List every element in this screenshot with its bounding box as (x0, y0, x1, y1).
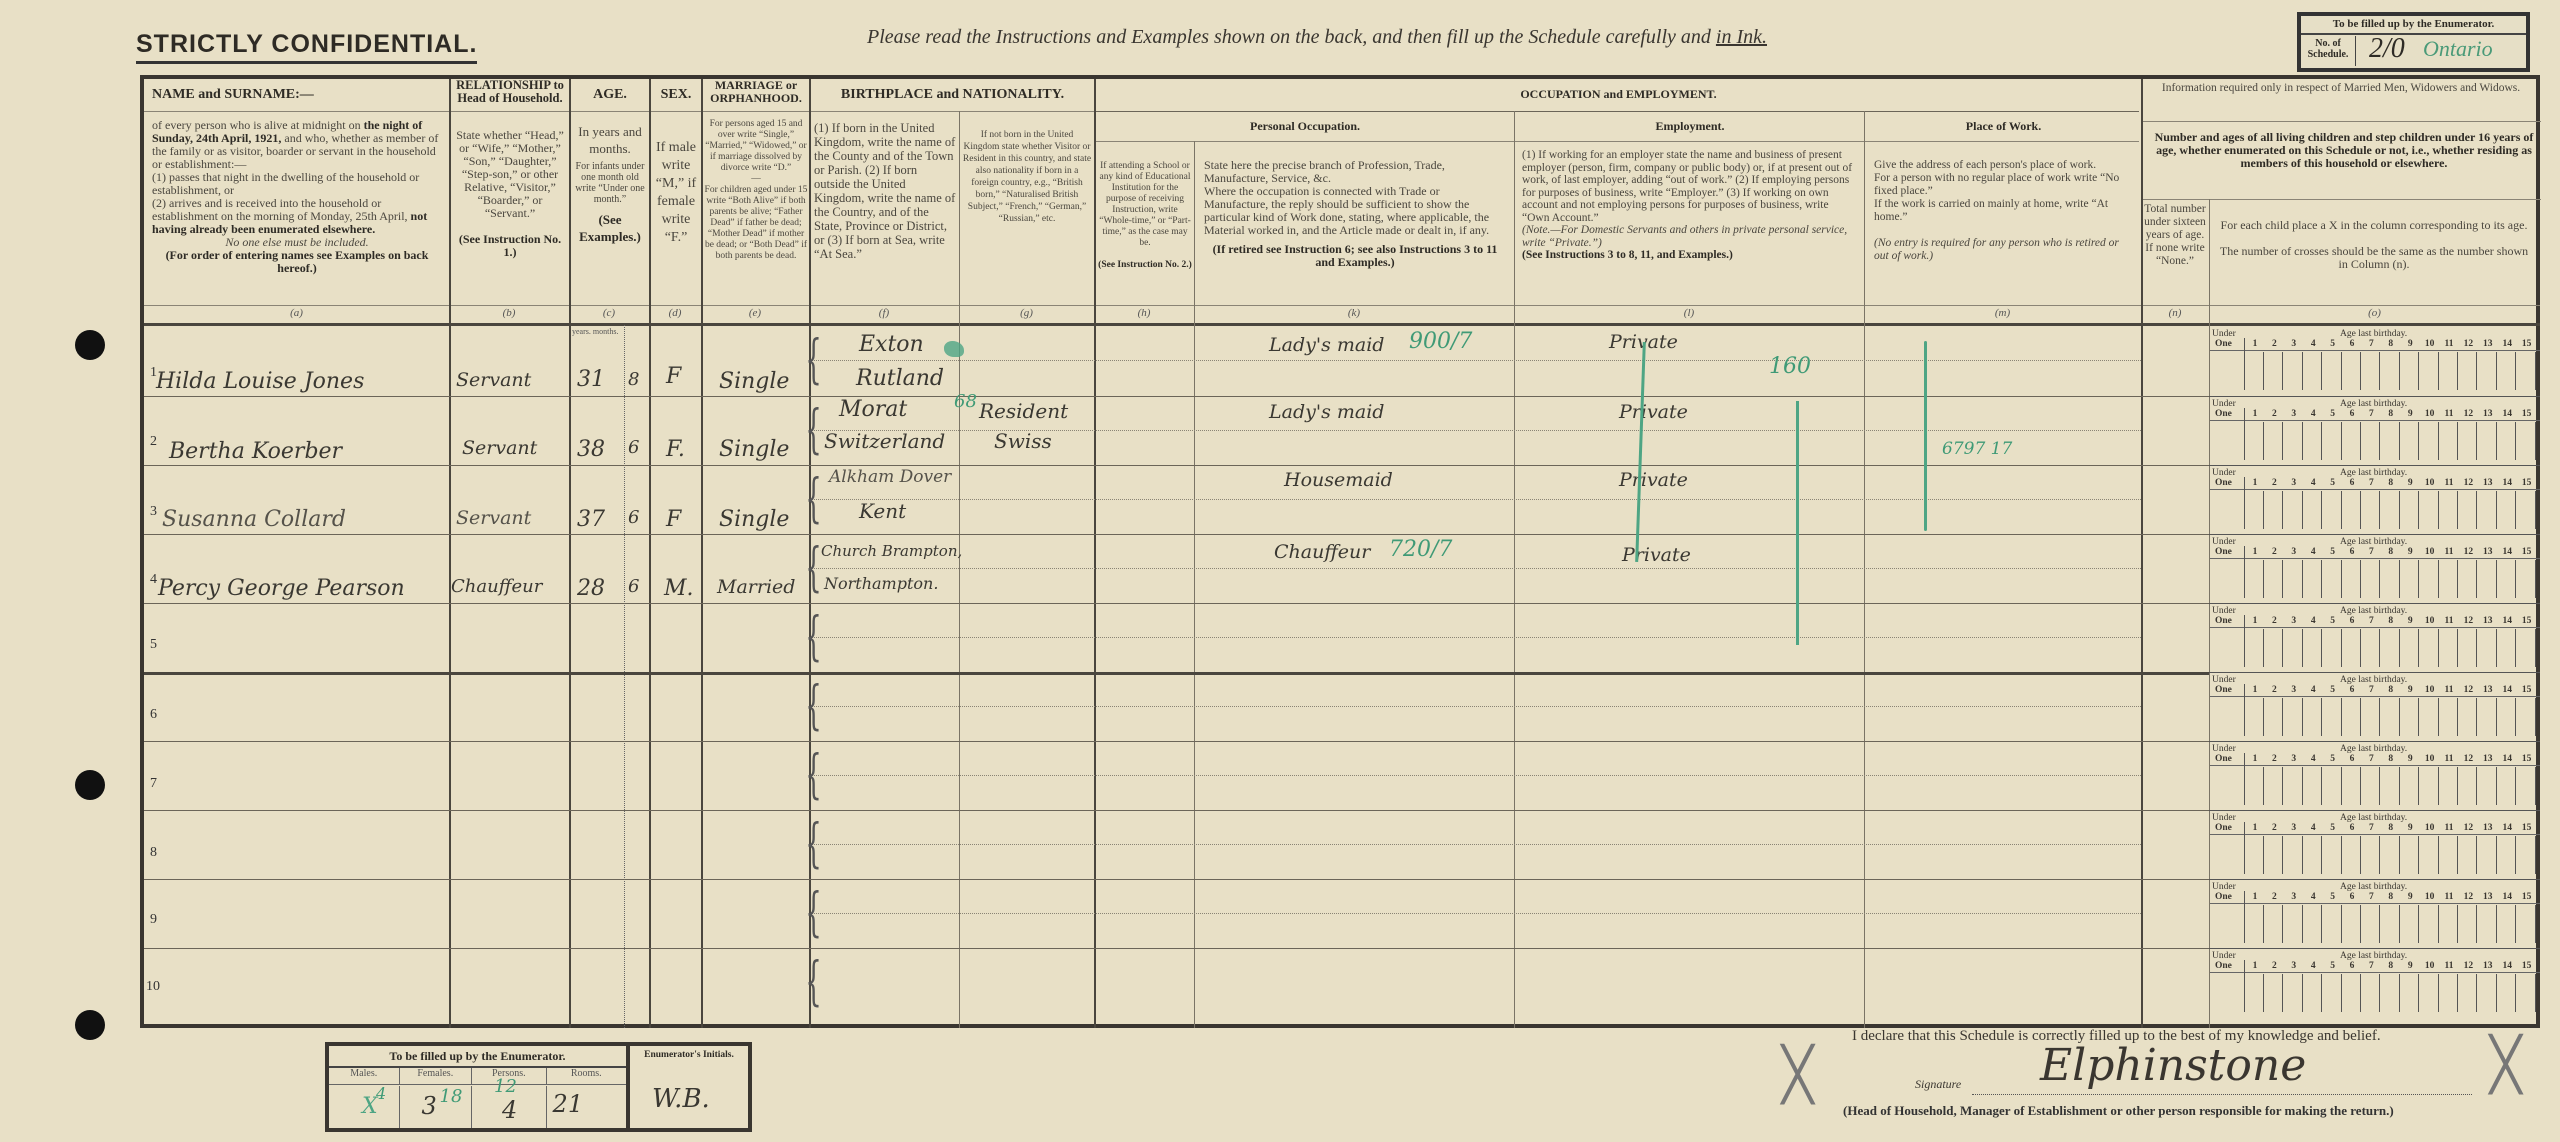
age-cell[interactable] (2458, 422, 2477, 460)
age-cell[interactable] (2381, 767, 2400, 805)
age-cell[interactable] (2400, 491, 2419, 529)
age-cell[interactable] (2284, 491, 2303, 529)
cell-relationship[interactable]: Servant (456, 369, 531, 391)
age-cell[interactable] (2264, 629, 2283, 667)
age-cell[interactable] (2420, 422, 2439, 460)
age-cell[interactable] (2420, 974, 2439, 1012)
age-cell[interactable] (2497, 560, 2516, 598)
cell-marriage[interactable]: Single (719, 507, 789, 532)
cell-age-months[interactable]: 6 (628, 507, 639, 528)
cell-occupation[interactable]: Lady's maid (1269, 334, 1384, 356)
age-column-label: 12 (2460, 409, 2476, 419)
cell-relationship[interactable]: Servant (462, 437, 537, 459)
header-employment-instructions: (1) If working for an employer state the… (1522, 149, 1858, 262)
child-age-grid: UnderAge last birthday.One12345678910111… (2210, 398, 2540, 464)
age-cell[interactable] (2342, 422, 2361, 460)
age-column-label: 6 (2344, 754, 2360, 764)
age-cell[interactable] (2381, 629, 2400, 667)
age-cell[interactable] (2458, 491, 2477, 529)
age-cell[interactable] (2458, 560, 2477, 598)
age-column-label: 1 (2247, 616, 2263, 626)
age-cell[interactable] (2342, 974, 2361, 1012)
age-cell[interactable] (2361, 422, 2380, 460)
age-column-label: 6 (2344, 892, 2360, 902)
age-column-label: 6 (2344, 685, 2360, 695)
age-cell[interactable] (2284, 767, 2303, 805)
age-cell[interactable] (2361, 836, 2380, 874)
header-occupation-employment: OCCUPATION and EMPLOYMENT. (1096, 87, 2141, 102)
cell-employment[interactable]: Private (1619, 401, 1688, 423)
age-cell[interactable] (2323, 698, 2342, 736)
cell-age-years[interactable]: 28 (577, 576, 605, 601)
age-cell[interactable] (2400, 560, 2419, 598)
age-cell[interactable] (2264, 905, 2283, 943)
age-cell[interactable] (2381, 560, 2400, 598)
age-column-label: 6 (2344, 409, 2360, 419)
age-cell[interactable] (2284, 629, 2303, 667)
age-cell[interactable] (2381, 905, 2400, 943)
cell-age-months[interactable]: 8 (628, 369, 639, 390)
age-column-label: 8 (2383, 754, 2399, 764)
cell-nationality[interactable]: Swiss (994, 429, 1052, 453)
age-cell[interactable] (2323, 905, 2342, 943)
age-caption: Age last birthday. (2340, 399, 2407, 409)
age-column-label: 5 (2325, 685, 2341, 695)
age-cell[interactable] (2439, 767, 2458, 805)
age-caption: Age last birthday. (2340, 606, 2407, 616)
place-of-work-code: 6797 17 (1942, 439, 2012, 459)
cell-sex[interactable]: M. (664, 576, 694, 601)
age-cell[interactable] (2439, 560, 2458, 598)
age-cell[interactable] (2284, 560, 2303, 598)
age-cell[interactable] (2245, 974, 2264, 1012)
ink-blot (944, 341, 964, 357)
age-column-label: 2 (2266, 754, 2282, 764)
binder-hole-icon (75, 330, 105, 360)
age-cell[interactable] (2303, 974, 2322, 1012)
age-column-label: 6 (2344, 616, 2360, 626)
age-cell[interactable] (2303, 422, 2322, 460)
age-cell[interactable] (2400, 905, 2419, 943)
age-cell[interactable] (2439, 698, 2458, 736)
cell-age-months[interactable]: 6 (628, 576, 639, 597)
age-cell[interactable] (2381, 491, 2400, 529)
age-cell[interactable] (2497, 422, 2516, 460)
age-caption: Age last birthday. (2340, 468, 2407, 478)
age-cell[interactable] (2478, 352, 2497, 390)
age-column-label: 2 (2266, 892, 2282, 902)
col-letter-h: (h) (1094, 307, 1194, 319)
age-cell[interactable] (2381, 836, 2400, 874)
age-cell[interactable] (2420, 698, 2439, 736)
col-letter-b: (b) (449, 307, 569, 319)
age-cell[interactable] (2323, 560, 2342, 598)
cell-sex[interactable]: F. (666, 437, 685, 462)
header-employment: Employment. (1516, 119, 1864, 134)
age-cell[interactable] (2458, 629, 2477, 667)
females-label: Females. (400, 1068, 473, 1084)
age-cell[interactable] (2478, 974, 2497, 1012)
age-cell[interactable] (2284, 698, 2303, 736)
age-cell[interactable] (2245, 905, 2264, 943)
age-cell[interactable] (2381, 974, 2400, 1012)
age-cell[interactable] (2284, 836, 2303, 874)
age-cell[interactable] (2478, 629, 2497, 667)
age-cell[interactable] (2264, 767, 2283, 805)
nationality-code: 68 (954, 391, 977, 412)
persons-value[interactable]: 4 (502, 1096, 517, 1124)
header-age-instructions: In years and months. For infants under o… (572, 123, 648, 245)
row-number: 5 (150, 637, 157, 653)
age-cell[interactable] (2245, 560, 2264, 598)
one-label: One (2215, 892, 2232, 902)
age-cell[interactable] (2400, 974, 2419, 1012)
age-cell[interactable] (2439, 422, 2458, 460)
age-cell[interactable] (2439, 836, 2458, 874)
age-column-label: 11 (2441, 685, 2457, 695)
header-marriage: MARRIAGE or ORPHANHOOD. (703, 79, 809, 105)
cell-birthplace-town[interactable]: Morat (839, 397, 907, 422)
age-column-label: 2 (2266, 478, 2282, 488)
cell-birthplace-county[interactable]: Kent (859, 499, 906, 523)
cell-sex[interactable]: F (666, 364, 681, 389)
age-column-label: 7 (2363, 754, 2379, 764)
age-cell[interactable] (2420, 352, 2439, 390)
age-cell[interactable] (2400, 629, 2419, 667)
age-cell[interactable] (2497, 629, 2516, 667)
age-cell[interactable] (2458, 905, 2477, 943)
persons-green-count: 12 (494, 1076, 517, 1097)
age-cell[interactable] (2342, 629, 2361, 667)
age-cell[interactable] (2303, 767, 2322, 805)
age-cell[interactable] (2420, 767, 2439, 805)
cell-birthplace-town[interactable]: Alkham Dover (829, 467, 951, 487)
age-cell[interactable] (2303, 629, 2322, 667)
cell-birthplace-country[interactable]: Switzerland (824, 429, 945, 453)
brace-icon: { (805, 954, 822, 1010)
age-cell[interactable] (2245, 836, 2264, 874)
col-letter-e: (e) (701, 307, 809, 319)
age-cell[interactable] (2264, 352, 2283, 390)
age-cell[interactable] (2497, 974, 2516, 1012)
age-cell[interactable] (2264, 560, 2283, 598)
age-cell[interactable] (2420, 560, 2439, 598)
census-schedule-table: NAME and SURNAME:— of every person who i… (140, 75, 2540, 1028)
age-cell[interactable] (2323, 629, 2342, 667)
age-column-label: 9 (2402, 547, 2418, 557)
cell-age-years[interactable]: 38 (577, 437, 605, 462)
col-letter-f: (f) (809, 307, 959, 319)
cell-birthplace-town[interactable]: Church Brampton, (821, 542, 962, 560)
age-column-label: 7 (2363, 616, 2379, 626)
age-cell[interactable] (2342, 905, 2361, 943)
age-cell[interactable] (2245, 698, 2264, 736)
age-cell[interactable] (2303, 560, 2322, 598)
header-name-instructions: of every person who is alive at midnight… (152, 119, 442, 275)
age-column-label: 14 (2499, 685, 2515, 695)
age-cell[interactable] (2323, 974, 2342, 1012)
child-age-grid: UnderAge last birthday.One12345678910111… (2210, 881, 2540, 947)
age-column-label: 9 (2402, 616, 2418, 626)
age-cell[interactable] (2478, 905, 2497, 943)
occupation-code: 720/7 (1389, 537, 1452, 562)
one-label: One (2215, 961, 2232, 971)
age-cell[interactable] (2420, 905, 2439, 943)
cell-residence-status[interactable]: Resident (979, 399, 1068, 423)
age-column-label: 10 (2422, 961, 2438, 971)
cell-age-years[interactable]: 37 (577, 507, 605, 532)
cell-name[interactable]: Percy George Pearson (158, 576, 405, 601)
header-personal-occupation: Personal Occupation. (1096, 119, 1514, 134)
age-cell[interactable] (2439, 974, 2458, 1012)
age-cell[interactable] (2284, 905, 2303, 943)
age-cell[interactable] (2517, 560, 2536, 598)
age-cell[interactable] (2342, 698, 2361, 736)
age-column-label: 3 (2286, 478, 2302, 488)
age-cell[interactable] (2342, 836, 2361, 874)
cell-occupation[interactable]: Housemaid (1284, 469, 1393, 491)
females-value[interactable]: 3 (422, 1092, 437, 1120)
age-cell[interactable] (2458, 836, 2477, 874)
one-label: One (2215, 339, 2232, 349)
age-column-label: 9 (2402, 685, 2418, 695)
child-age-grid: UnderAge last birthday.One12345678910111… (2210, 743, 2540, 809)
age-column-label: 10 (2422, 547, 2438, 557)
brace-icon: { (805, 332, 822, 388)
age-cell[interactable] (2303, 491, 2322, 529)
age-column-label: 4 (2305, 961, 2321, 971)
age-column-label: 12 (2460, 754, 2476, 764)
age-cell[interactable] (2478, 698, 2497, 736)
cell-name[interactable]: Susanna Collard (162, 507, 346, 532)
age-cell[interactable] (2478, 767, 2497, 805)
header-relationship: RELATIONSHIP to Head of Household. (451, 79, 569, 105)
age-column-label: 14 (2499, 823, 2515, 833)
one-label: One (2215, 616, 2232, 626)
age-cell[interactable] (2497, 491, 2516, 529)
age-column-label: 2 (2266, 961, 2282, 971)
age-cell[interactable] (2342, 352, 2361, 390)
age-cell[interactable] (2303, 698, 2322, 736)
age-cell[interactable] (2517, 629, 2536, 667)
age-cell[interactable] (2323, 422, 2342, 460)
cell-birthplace-county[interactable]: Rutland (856, 366, 944, 391)
age-cell[interactable] (2361, 560, 2380, 598)
age-cell[interactable] (2400, 698, 2419, 736)
schedule-box-title: To be filled up by the Enumerator. (2301, 16, 2526, 35)
header-children-description: Number and ages of all living children a… (2154, 131, 2534, 170)
under-label: Under (2212, 813, 2236, 823)
brace-icon: { (805, 471, 822, 527)
age-cell[interactable] (2361, 629, 2380, 667)
age-cell[interactable] (2284, 974, 2303, 1012)
age-column-label: 11 (2441, 409, 2457, 419)
age-cell[interactable] (2264, 836, 2283, 874)
signature-value[interactable]: Elphinstone (2040, 1040, 2306, 1091)
under-label: Under (2212, 468, 2236, 478)
age-cell[interactable] (2381, 698, 2400, 736)
age-column-label: 12 (2460, 616, 2476, 626)
age-cell[interactable] (2517, 767, 2536, 805)
age-cell[interactable] (2323, 491, 2342, 529)
age-cell[interactable] (2361, 698, 2380, 736)
age-cell[interactable] (2361, 491, 2380, 529)
cell-birthplace-county[interactable]: Northampton. (824, 574, 938, 593)
age-cell[interactable] (2303, 836, 2322, 874)
cell-marriage[interactable]: Single (719, 369, 789, 394)
binder-hole-icon (75, 770, 105, 800)
age-cell[interactable] (2361, 767, 2380, 805)
one-label: One (2215, 685, 2232, 695)
schedule-number-value[interactable]: 2/0 (2369, 33, 2405, 65)
age-cell[interactable] (2517, 352, 2536, 390)
cell-marriage[interactable]: Single (719, 437, 789, 462)
age-cell[interactable] (2361, 352, 2380, 390)
age-column-label: 5 (2325, 961, 2341, 971)
age-column-label: 4 (2305, 409, 2321, 419)
age-column-label: 13 (2480, 478, 2496, 488)
age-column-label: 14 (2499, 961, 2515, 971)
age-cell[interactable] (2361, 905, 2380, 943)
cell-marriage[interactable]: Married (717, 576, 795, 598)
age-cell[interactable] (2264, 422, 2283, 460)
age-cell[interactable] (2517, 905, 2536, 943)
age-cell[interactable] (2245, 629, 2264, 667)
age-cell[interactable] (2400, 422, 2419, 460)
cell-name[interactable]: Hilda Louise Jones (156, 369, 364, 394)
initials-value[interactable]: W.B. (652, 1084, 710, 1114)
cell-age-months[interactable]: 6 (628, 437, 639, 458)
cell-birthplace-town[interactable]: Exton (859, 332, 924, 357)
age-cell[interactable] (2284, 352, 2303, 390)
cell-employment[interactable]: Private (1622, 544, 1691, 566)
age-cell[interactable] (2303, 352, 2322, 390)
age-column-label: 2 (2266, 685, 2282, 695)
age-cell[interactable] (2439, 905, 2458, 943)
age-cell[interactable] (2342, 560, 2361, 598)
cell-age-years[interactable]: 31 (577, 367, 605, 392)
age-cell[interactable] (2264, 698, 2283, 736)
row-number: 9 (150, 912, 157, 928)
age-cell[interactable] (2284, 422, 2303, 460)
green-bracket (1924, 341, 1927, 531)
age-cell[interactable] (2400, 352, 2419, 390)
cell-relationship[interactable]: Servant (456, 507, 531, 529)
age-column-label: 8 (2383, 339, 2399, 349)
age-cell[interactable] (2245, 422, 2264, 460)
cell-sex[interactable]: F (666, 507, 681, 532)
age-cell[interactable] (2497, 698, 2516, 736)
age-column-label: 7 (2363, 892, 2379, 902)
age-column-label: 10 (2422, 478, 2438, 488)
age-cell[interactable] (2400, 836, 2419, 874)
initials-label: Enumerator's Initials. (630, 1050, 748, 1060)
under-label: Under (2212, 882, 2236, 892)
age-cell[interactable] (2478, 560, 2497, 598)
one-label: One (2215, 754, 2232, 764)
age-cell[interactable] (2458, 352, 2477, 390)
age-cell[interactable] (2458, 698, 2477, 736)
employment-code: 160 (1769, 354, 1811, 379)
cell-occupation[interactable]: Lady's maid (1269, 401, 1384, 423)
age-cell[interactable] (2245, 491, 2264, 529)
age-cell[interactable] (2517, 974, 2536, 1012)
cell-relationship[interactable]: Chauffeur (451, 576, 542, 597)
age-cell[interactable] (2497, 352, 2516, 390)
age-column-label: 6 (2344, 478, 2360, 488)
age-cell[interactable] (2303, 905, 2322, 943)
age-cell[interactable] (2323, 767, 2342, 805)
col-letter-n: (n) (2141, 307, 2209, 319)
cell-employment[interactable]: Private (1619, 469, 1688, 491)
age-cell[interactable] (2245, 767, 2264, 805)
age-column-label: 3 (2286, 685, 2302, 695)
age-cell[interactable] (2478, 422, 2497, 460)
age-cell[interactable] (2458, 767, 2477, 805)
age-column-label: 11 (2441, 616, 2457, 626)
age-cell[interactable] (2245, 352, 2264, 390)
age-column-label: 6 (2344, 961, 2360, 971)
age-cell[interactable] (2517, 491, 2536, 529)
age-cell[interactable] (2400, 767, 2419, 805)
child-age-grid: UnderAge last birthday.One12345678910111… (2210, 605, 2540, 671)
age-cell[interactable] (2342, 491, 2361, 529)
age-cell[interactable] (2439, 352, 2458, 390)
age-cell[interactable] (2458, 974, 2477, 1012)
age-column-label: 15 (2519, 547, 2535, 557)
age-cell[interactable] (2517, 836, 2536, 874)
age-column-label: 13 (2480, 409, 2496, 419)
age-cell[interactable] (2439, 491, 2458, 529)
green-tick-line (1796, 401, 1799, 645)
under-label: Under (2212, 744, 2236, 754)
col-letter-k: (k) (1194, 307, 1514, 319)
age-cell[interactable] (2361, 974, 2380, 1012)
age-cell[interactable] (2323, 836, 2342, 874)
age-column-label: 14 (2499, 339, 2515, 349)
age-cell[interactable] (2381, 352, 2400, 390)
rooms-value[interactable]: 21 (553, 1090, 584, 1118)
age-cell[interactable] (2342, 767, 2361, 805)
age-cell[interactable] (2517, 422, 2536, 460)
age-cell[interactable] (2497, 905, 2516, 943)
age-cell[interactable] (2264, 974, 2283, 1012)
age-column-label: 14 (2499, 754, 2515, 764)
age-cell[interactable] (2517, 698, 2536, 736)
age-cell[interactable] (2420, 629, 2439, 667)
row-number: 6 (150, 707, 157, 723)
age-column-label: 10 (2422, 339, 2438, 349)
age-cell[interactable] (2381, 422, 2400, 460)
age-cell[interactable] (2497, 836, 2516, 874)
age-cell[interactable] (2420, 836, 2439, 874)
age-column-label: 2 (2266, 616, 2282, 626)
age-column-label: 6 (2344, 823, 2360, 833)
age-cell[interactable] (2478, 491, 2497, 529)
age-cell[interactable] (2264, 491, 2283, 529)
cell-occupation[interactable]: Chauffeur (1274, 541, 1370, 563)
age-cell[interactable] (2478, 836, 2497, 874)
age-cell[interactable] (2323, 352, 2342, 390)
age-cell[interactable] (2497, 767, 2516, 805)
age-cell[interactable] (2420, 491, 2439, 529)
cell-name[interactable]: Bertha Koerber (169, 439, 342, 464)
under-label: Under (2212, 951, 2236, 961)
one-label: One (2215, 823, 2232, 833)
age-cell[interactable] (2439, 629, 2458, 667)
binder-hole-icon (75, 1010, 105, 1040)
age-column-label: 15 (2519, 478, 2535, 488)
